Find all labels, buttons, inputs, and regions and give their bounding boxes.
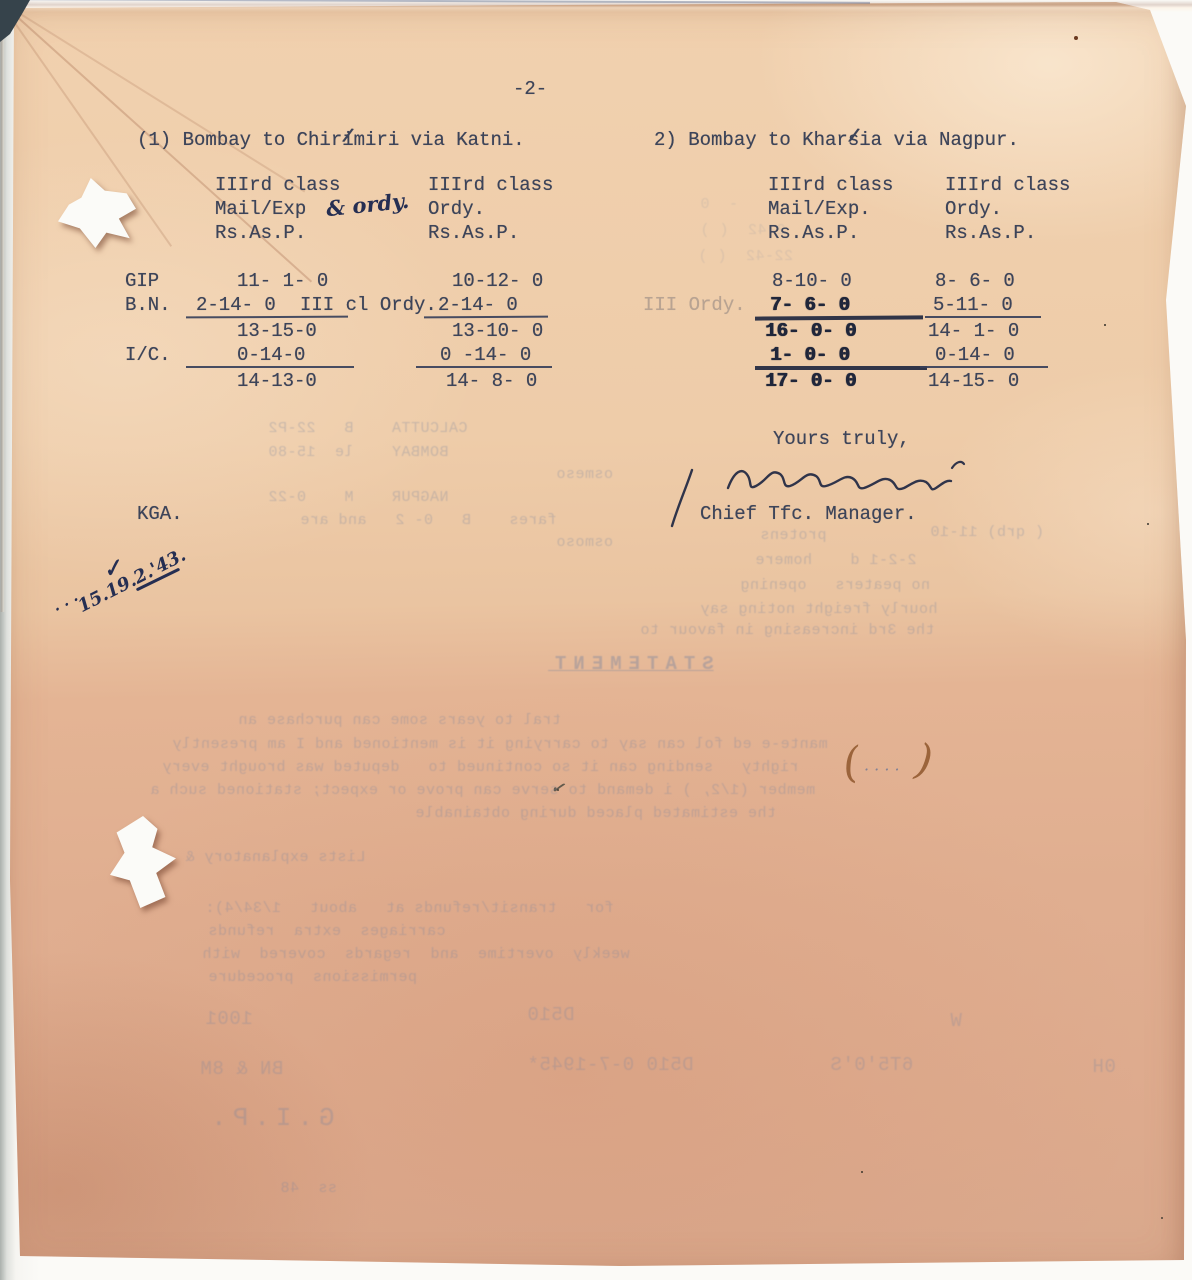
ghost-token: G.I.P. bbox=[205, 1103, 335, 1133]
route2-row2-note: III Ordy. bbox=[643, 294, 746, 316]
route2-subtotal-mail: 16- 0- 0 bbox=[765, 320, 856, 342]
ghost-line: mante-e ed fol can say to carrying it is… bbox=[172, 736, 828, 753]
ghost-line: ( qrb) 11-10 bbox=[930, 524, 1044, 541]
page-number: -2- bbox=[513, 78, 547, 100]
ink-speck bbox=[1074, 36, 1078, 40]
ghost-line: hourly freight noting say bbox=[700, 601, 938, 618]
route2-col2-header-class: IIIrd class bbox=[945, 174, 1070, 196]
ghost-line: member (1/2, ) i demand to serve can pro… bbox=[150, 782, 815, 799]
route1-subtotal-mail: 13-15-0 bbox=[237, 320, 317, 342]
signer-title: Chief Tfc. Manager. bbox=[700, 503, 917, 525]
vertical-fold-crease bbox=[0, 0, 5, 612]
bottom-edge-shadow-line bbox=[0, 0, 870, 4]
ghost-line: osmoso bbox=[556, 534, 613, 551]
ghost-line: the 3rd increasing in favour to bbox=[640, 622, 935, 639]
ghost-line: no peaters opening bbox=[740, 577, 930, 594]
route2-row3-ordy: 0-14- 0 bbox=[935, 344, 1015, 366]
route1-row-bn-label: B.N. bbox=[125, 294, 171, 316]
route2-row1-ordy: 8- 6- 0 bbox=[935, 270, 1015, 292]
ghost-line: ss 48 bbox=[280, 1180, 337, 1197]
route2-col1-header-class: IIIrd class bbox=[768, 174, 893, 196]
route1-row-ic-ordy: 0 -14- 0 bbox=[440, 344, 531, 366]
route1-sum-rule-2a bbox=[186, 366, 354, 368]
brown-bracket-dots: · · · · bbox=[864, 760, 900, 779]
route1-row-ic-label: I/C. bbox=[125, 344, 171, 366]
paper-hole-upper bbox=[58, 178, 136, 248]
route1-row-bn-mail: 2-14- 0 bbox=[196, 294, 276, 316]
ghost-line: protens bbox=[760, 527, 827, 544]
route2-row1-mail: 8-10- 0 bbox=[772, 270, 852, 292]
route2-col2-header-service: Ordy. bbox=[945, 198, 1002, 220]
ghost-line: - 0 bbox=[700, 196, 738, 213]
route2-row3-mail: 1- 0- 0 bbox=[770, 344, 850, 366]
ghost-line: permissions procedure bbox=[208, 969, 417, 986]
route2-sum-rule-2b bbox=[920, 366, 1048, 368]
ghost-line: osmeso bbox=[556, 466, 613, 483]
ghost-token: D510 0-7-1945* bbox=[527, 1054, 694, 1076]
ghost-token: 0H bbox=[1092, 1056, 1116, 1078]
route1-row-ic-mail: 0-14-0 bbox=[237, 344, 305, 366]
route1-sum-rule-2b bbox=[416, 366, 552, 368]
route2-col2-header-currency: Rs.As.P. bbox=[945, 222, 1036, 244]
route1-row-bn-note: III cl Ordy. bbox=[300, 294, 437, 316]
ghost-token: D510 bbox=[527, 1004, 575, 1026]
route2-subtotal-ordy: 14- 1- 0 bbox=[928, 320, 1019, 342]
ghost-token: BN & 8M bbox=[200, 1058, 283, 1080]
ghost-token: 1001 bbox=[205, 1008, 253, 1030]
ghost-line: carriages extra refunds bbox=[208, 923, 446, 940]
ghost-line: - 2-42 ( ) bbox=[700, 222, 814, 239]
ghost-line: BOMBAY le 15-80 bbox=[268, 444, 449, 461]
ghost-line: for transit/refunds at about 1/34/4): bbox=[205, 900, 614, 917]
route2-row2-ordy: 5-11- 0 bbox=[933, 294, 1013, 316]
route1-row-bn-ordy: 2-14- 0 bbox=[438, 294, 518, 316]
route1-col1-header-class: IIIrd class bbox=[215, 174, 340, 196]
ghost-heading: STATEMENT bbox=[548, 653, 714, 675]
scanner-background: -2- (1) Bombay to Chirimiri via Katni. /… bbox=[0, 0, 1192, 1280]
route2-sum-rule-1b bbox=[925, 316, 1041, 318]
ghost-token: 6T5'0'S bbox=[830, 1054, 913, 1076]
route2-total-ordy: 14-15- 0 bbox=[928, 370, 1019, 392]
route1-col2-header-class: IIIrd class bbox=[428, 174, 553, 196]
route2-col1-header-service: Mail/Exp. bbox=[768, 198, 871, 220]
route2-row2-mail: 7- 6- 0 bbox=[770, 294, 850, 316]
ghost-line: 22-42 ( ) bbox=[698, 248, 793, 265]
route1-subtotal-ordy: 13-10- 0 bbox=[452, 320, 543, 342]
route1-col2-header-currency: Rs.As.P. bbox=[428, 222, 519, 244]
route2-heading: 2) Bombay to Kharsia via Nagpur. bbox=[654, 129, 1019, 151]
valediction: Yours truly, bbox=[773, 428, 910, 450]
route1-col1-header-currency: Rs.As.P. bbox=[215, 222, 306, 244]
diagonal-crease-4 bbox=[0, 0, 248, 2]
route1-row-gip-mail: 11- 1- 0 bbox=[237, 270, 328, 292]
paper-hole-lower bbox=[110, 816, 176, 908]
ghost-line: 2-2-1 d homere bbox=[755, 552, 917, 569]
route1-total-mail: 14-13-0 bbox=[237, 370, 317, 392]
ghost-line: the estimated placed during obtainable bbox=[415, 805, 776, 822]
ghost-token: W bbox=[950, 1010, 962, 1032]
ghost-line: fares B 0- 2 and are bbox=[300, 512, 557, 529]
office-initials: KGA. bbox=[137, 503, 183, 525]
ghost-line: righty sending can it so continued to de… bbox=[162, 759, 799, 776]
route1-col1-header-service: Mail/Exp bbox=[215, 198, 306, 220]
route2-total-mail: 17- 0- 0 bbox=[765, 370, 856, 392]
route1-heading: (1) Bombay to Chirimiri via Katni. bbox=[137, 129, 525, 151]
route1-total-ordy: 14- 8- 0 bbox=[446, 370, 537, 392]
ghost-line: CALCUTTA B 22-P2 bbox=[268, 420, 468, 437]
ghost-line: weekly overtime and regards covered with bbox=[202, 946, 630, 963]
route1-row-gip-ordy: 10-12- 0 bbox=[452, 270, 543, 292]
ghost-line: tral to years some can purchase an bbox=[238, 712, 561, 729]
route1-row-gip-label: GIP bbox=[125, 270, 159, 292]
route1-col2-header-service: Ordy. bbox=[428, 198, 485, 220]
ghost-line: Lists explanatory & bbox=[185, 849, 366, 866]
ghost-line: NAGPUR M 0-22 bbox=[268, 489, 449, 506]
